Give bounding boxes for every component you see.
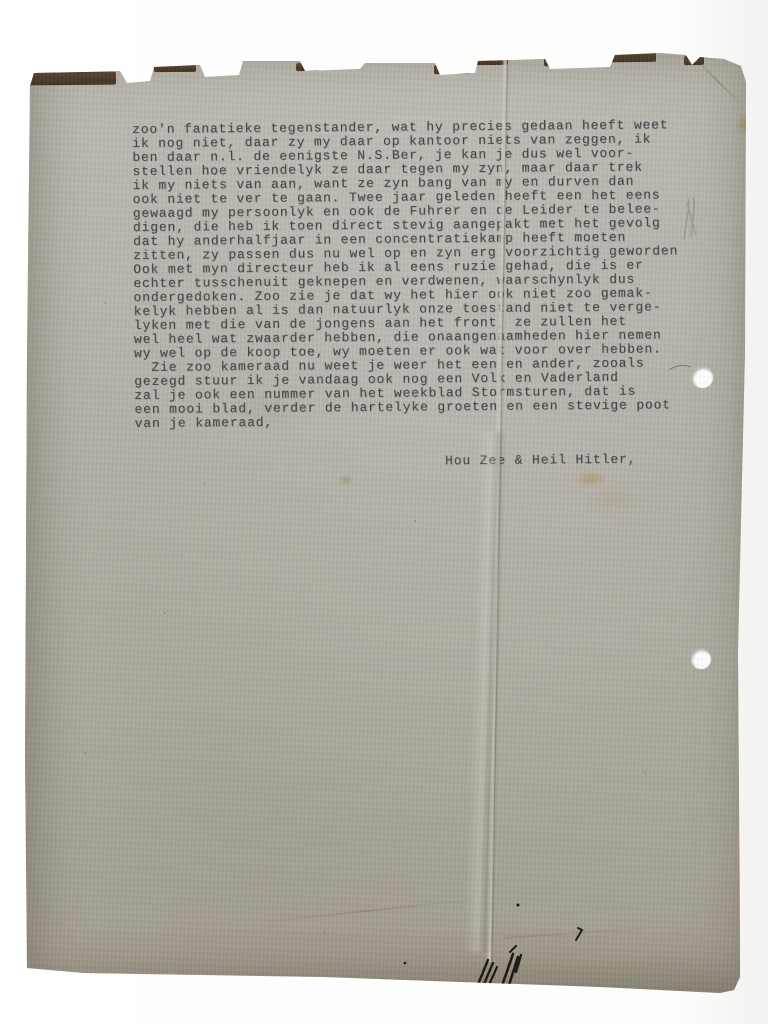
- letter-line: van je kameraad,: [135, 412, 701, 431]
- diagonal-crease: [504, 923, 704, 939]
- torn-edge-shadow: [608, 52, 656, 62]
- letter-page: zoo'n fanatieke tegenstander, wat hy pre…: [24, 52, 748, 994]
- corner-fold-crease: [695, 58, 743, 106]
- punch-hole-top: [692, 367, 713, 388]
- paper-speckles: [24, 52, 26, 54]
- foxing-stain: [338, 474, 354, 486]
- foxing-stain: [736, 112, 752, 138]
- letter-body: zoo'n fanatieke tegenstander, wat hy pre…: [132, 118, 701, 471]
- vertical-crease-shadow: [465, 432, 508, 953]
- torn-edge-shadow: [544, 57, 602, 67]
- diagonal-crease: [251, 898, 482, 924]
- photo-background: zoo'n fanatieke tegenstander, wat hy pre…: [0, 0, 768, 1024]
- torn-edge-shadow: [28, 72, 116, 86]
- torn-edge-shadow: [154, 63, 196, 72]
- torn-edge-shadow: [124, 67, 150, 76]
- punch-hole-bottom: [691, 649, 711, 669]
- foxing-stain: [584, 482, 644, 516]
- ink-tick: [576, 928, 582, 940]
- foxing-stain: [573, 470, 607, 488]
- torn-edge-shadow: [434, 65, 470, 74]
- torn-edge-shadow: [202, 61, 228, 69]
- torn-edge-shadow: [296, 63, 320, 71]
